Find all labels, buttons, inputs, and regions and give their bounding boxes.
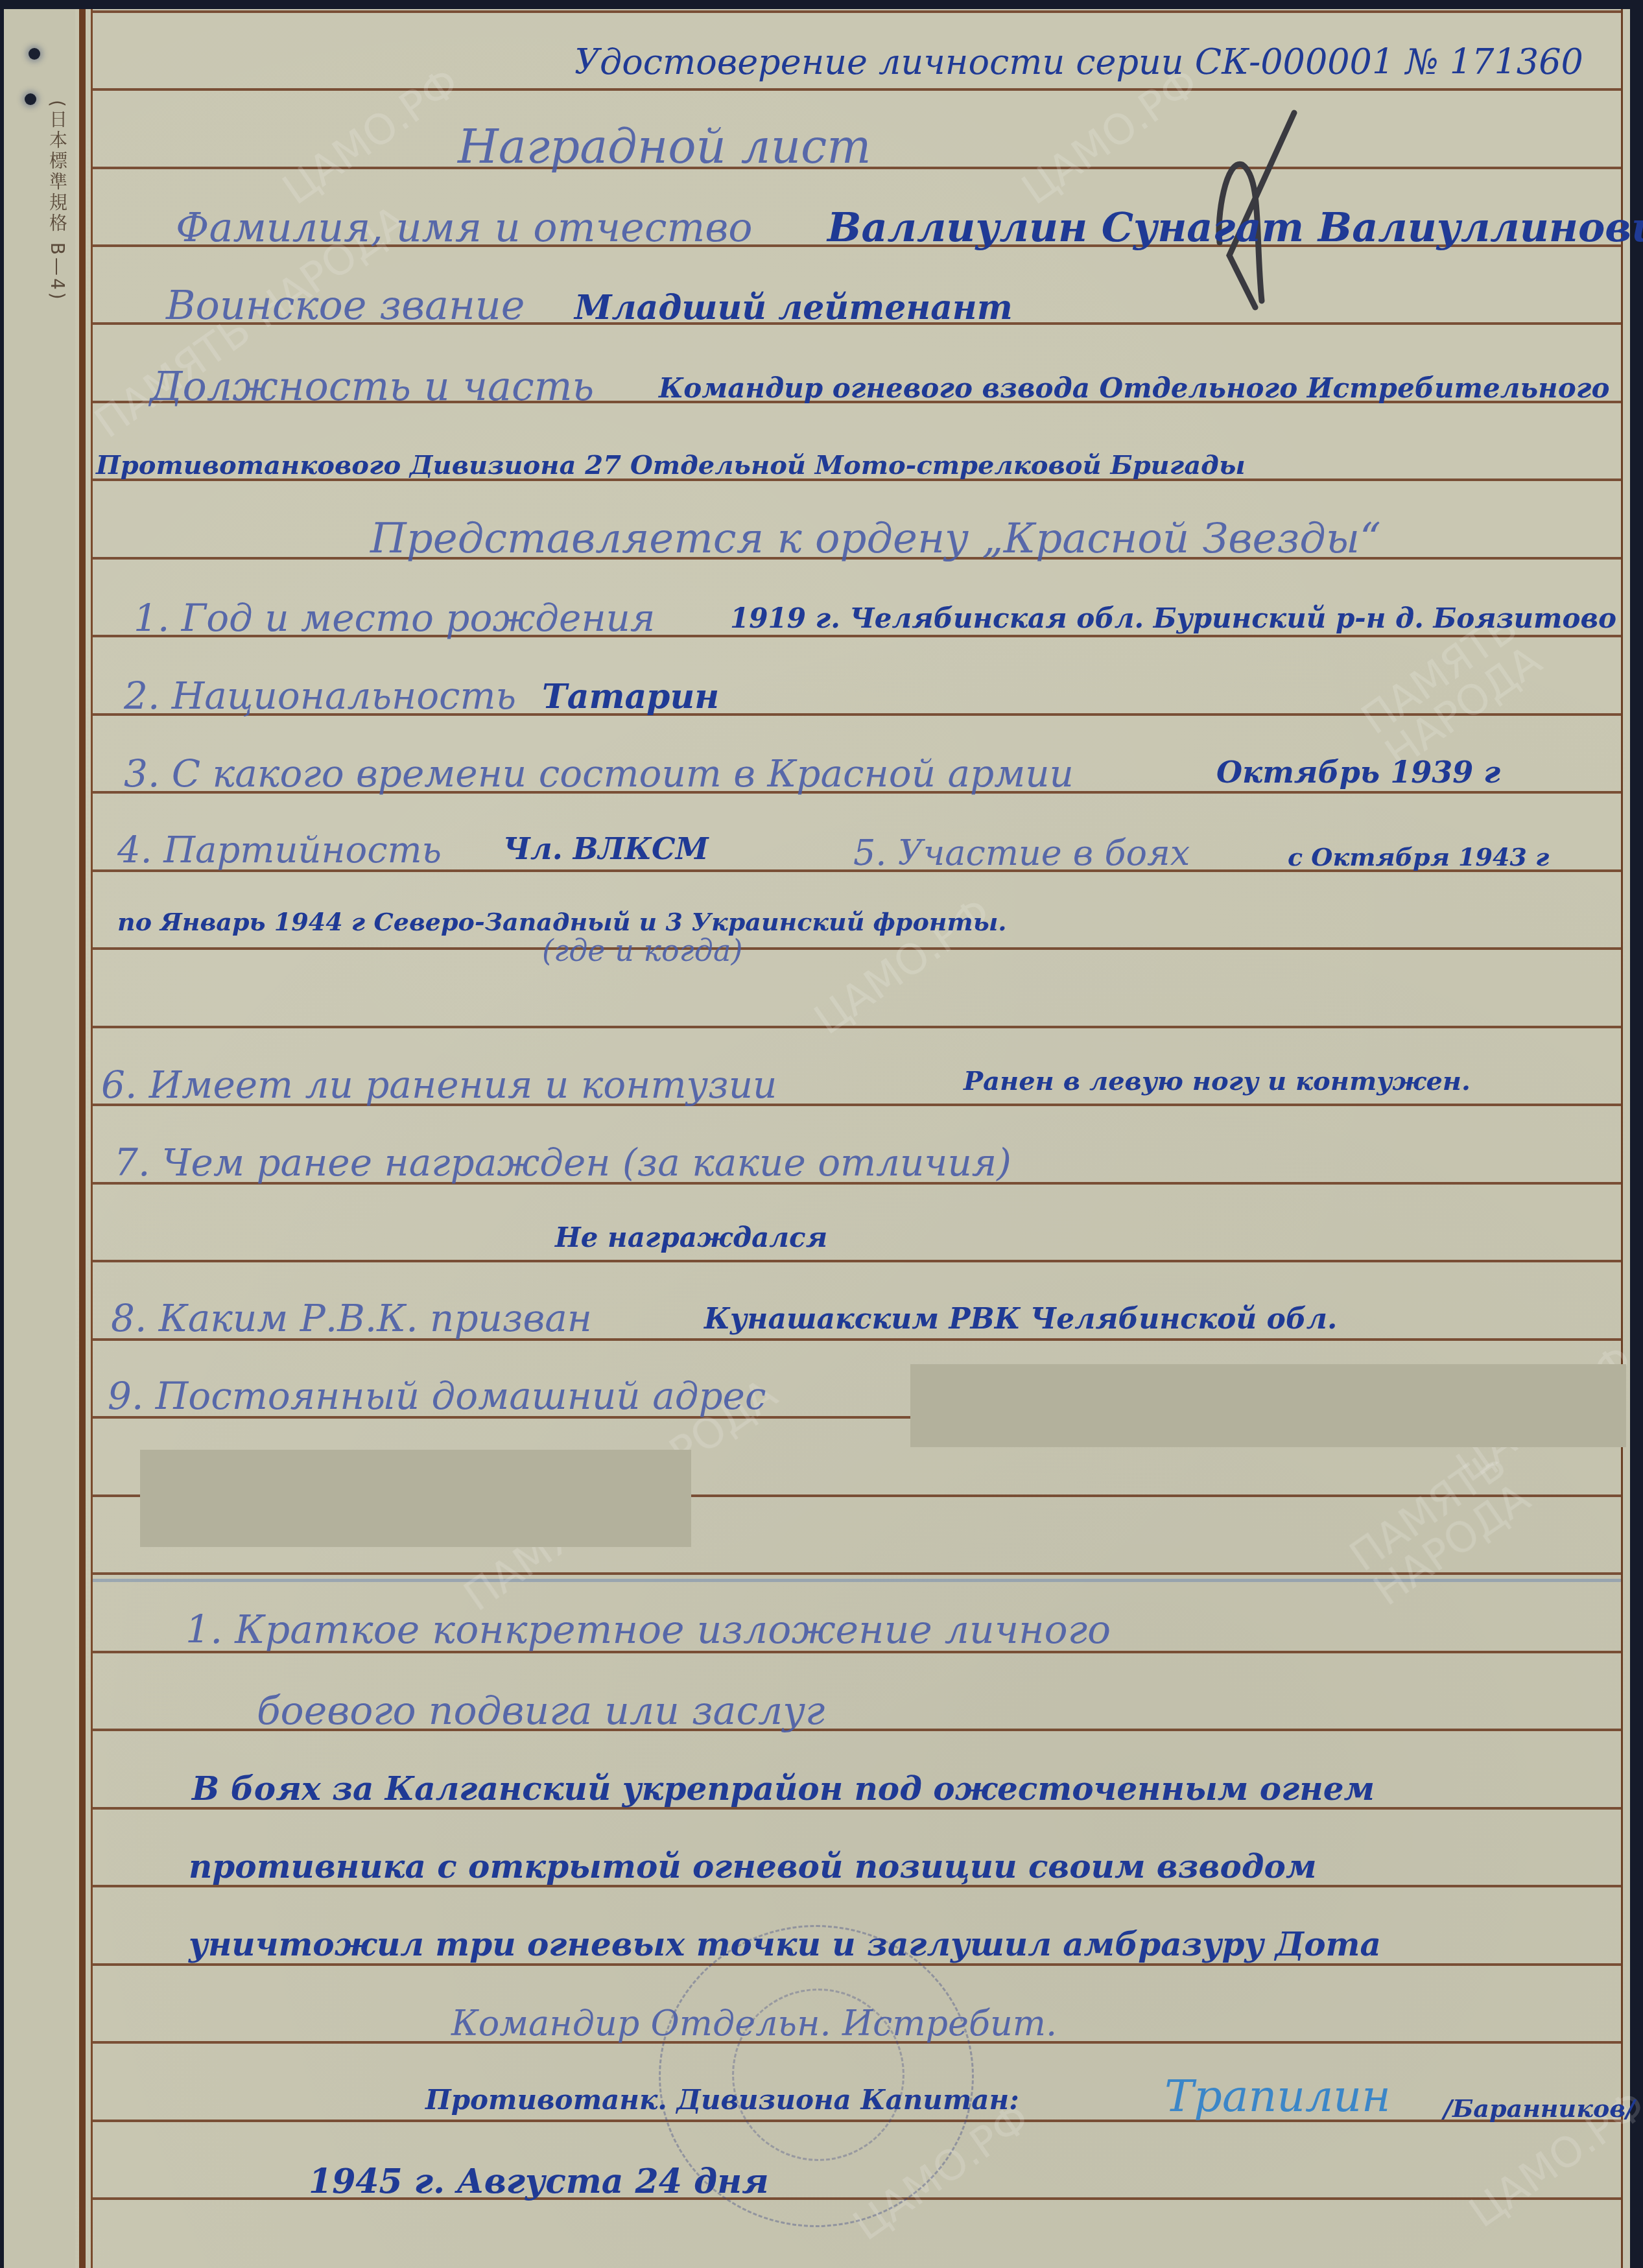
item-5-where-when-label: (где и когда): [542, 933, 742, 968]
signature-line1: Командир Отдельн. Истребит.: [451, 2003, 1057, 2044]
redacted-address-block: [910, 1364, 1626, 1447]
item-1-value: 1919 г. Челябинская обл. Буринский р-н д…: [730, 602, 1616, 634]
position-label: Должность и часть: [150, 362, 594, 410]
item-6-label: 6. Имеет ли ранения и контузии: [101, 1063, 777, 1107]
item-6-value: Ранен в левую ногу и контужен.: [963, 1066, 1471, 1096]
item-3-label: 3. С какого времени состоит в Красной ар…: [124, 751, 1074, 796]
handwritten-signature: Трапилин: [1164, 2071, 1391, 2122]
item-3-value: Октябрь 1939 г: [1216, 755, 1500, 790]
punch-hole-icon: [29, 48, 40, 60]
signature-line2: Противотанк. Дивизиона Капитан:: [425, 2084, 1019, 2116]
summary-text-line2: противника с открытой огневой позиции св…: [189, 1847, 1316, 1885]
item-5-continuation: по Январь 1944 г Северо-Западный и 3 Укр…: [117, 907, 1007, 936]
award-sheet-page: (日本標準規格 B—4) ЦАМО.РФ ЦАМО: [4, 9, 1630, 2268]
rank-value: Младший лейтенант: [574, 288, 1013, 327]
signatory-name: /Баранников/: [1443, 2094, 1635, 2123]
position-value-line1: Командир огневого взвода Отдельного Истр…: [659, 372, 1609, 404]
item-2-label: 2. Национальность: [124, 674, 516, 718]
signature-date: 1945 г. Августа 24 дня: [309, 2162, 769, 2201]
right-border-rule: [1621, 9, 1623, 2268]
redacted-address-block: [140, 1450, 691, 1547]
item-8-value: Кунашакским РВК Челябинской обл.: [704, 1303, 1337, 1336]
rank-label: Воинское звание: [166, 281, 525, 329]
nomination-line: Представляется к ордену „Красной Звезды“: [370, 515, 1381, 563]
item-7-value: Не награждался: [555, 1222, 827, 1253]
position-value-line2: Противотанкового Дивизиона 27 Отдельной …: [96, 450, 1246, 480]
item-9-label: 9. Постоянный домашний адрес: [108, 1374, 766, 1418]
summary-text-line1: В боях за Калганский укрепрайон под ожес…: [192, 1769, 1375, 1808]
full-name-label: Фамилия, имя и отчество: [176, 204, 753, 251]
item-5-label: 5. Участие в боях: [853, 833, 1190, 873]
item-7-label: 7. Чем ранее награжден (за какие отличия…: [114, 1140, 1011, 1185]
paper-standard-label: (日本標準規格 B—4): [44, 100, 70, 302]
item-4-label: 4. Партийность: [117, 829, 442, 871]
item-5-value: с Октября 1943 г: [1288, 842, 1550, 871]
id-document-line: Удостоверение личности серии СК-000001 №…: [574, 41, 1583, 82]
margin-rule: [79, 9, 86, 2268]
summary-label-line1: 1. Краткое конкретное изложение личного: [185, 1607, 1111, 1653]
punch-hole-icon: [25, 93, 36, 105]
summary-label-line2: боевого подвига или заслуг: [257, 1688, 825, 1734]
item-2-value: Татарин: [542, 677, 719, 716]
item-8-label: 8. Каким Р.В.К. призван: [111, 1296, 592, 1340]
item-1-label: 1. Год и место рождения: [134, 596, 655, 640]
full-name-value: Валлиулин Сунагат Валиуллинович: [827, 204, 1643, 251]
page-title: Наградной лист: [458, 119, 871, 174]
left-margin-strip: [4, 9, 75, 2268]
item-4-value: Чл. ВЛКСМ: [503, 831, 709, 866]
